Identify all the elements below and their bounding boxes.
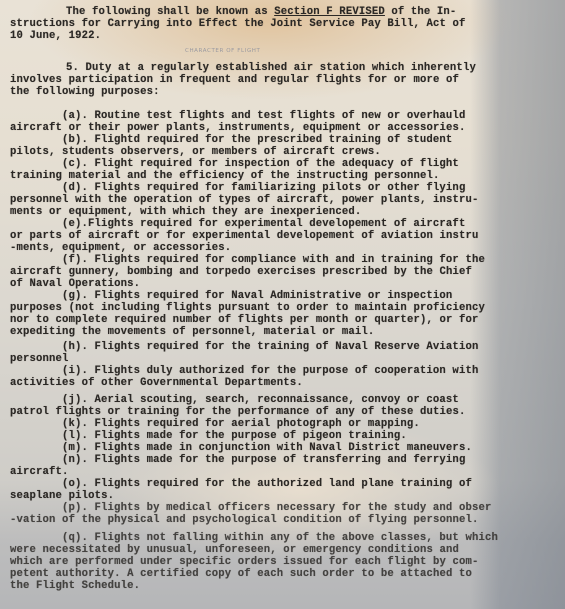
preamble-line-2: structions for Carrying into Effect the … <box>10 19 466 30</box>
purpose-heading-line: (j). Aerial scouting, search, reconnaiss… <box>62 395 459 406</box>
purpose-heading-line: (q). Flights not falling within any of t… <box>62 533 498 544</box>
purpose-heading-line: (k). Flights required for aerial photogr… <box>62 419 420 430</box>
paragraph-5-line-3: the following purposes: <box>10 87 160 98</box>
purpose-continuation-line: patrol flights or training for the perfo… <box>10 407 466 418</box>
purpose-continuation-line: ments or equipment, with which they are … <box>10 207 361 218</box>
purpose-heading-line: (p). Flights by medical officers necessa… <box>62 503 491 514</box>
purpose-continuation-line: the Flight Schedule. <box>10 581 140 592</box>
purpose-continuation-line: aircraft gunnery, bombing and torpedo ex… <box>10 267 472 278</box>
purpose-continuation-line: personnel with the operation of types of… <box>10 195 479 206</box>
faint-stamp-text: CHARACTER OF FLIGHT <box>185 48 261 54</box>
preamble-prefix: The following shall be known as <box>66 6 274 18</box>
purpose-continuation-line: purposes (not including flights pursuant… <box>10 303 485 314</box>
purpose-heading-line: (e).Flights required for experimental de… <box>62 219 465 230</box>
purpose-heading-line: (l). Flights made for the purpose of pig… <box>62 431 407 442</box>
purpose-heading-line: (o). Flights required for the authorized… <box>62 479 472 490</box>
purpose-continuation-line: personnel <box>10 354 69 365</box>
purpose-continuation-line: expediting the movements of personnel, m… <box>10 327 374 338</box>
purpose-continuation-line: activities of other Governmental Departm… <box>10 378 303 389</box>
purpose-heading-line: (f). Flights required for compliance wit… <box>62 255 485 266</box>
purpose-continuation-line: seaplane pilots. <box>10 491 114 502</box>
preamble-line-3: 10 June, 1922. <box>10 31 101 42</box>
purpose-continuation-line: pilots, students observers, or members o… <box>10 147 381 158</box>
purpose-heading-line: (i). Flights duly authorized for the pur… <box>62 366 478 377</box>
purpose-continuation-line: or parts of aircraft or for experimental… <box>10 231 479 242</box>
purpose-continuation-line: were necessitated by unusual, unforeseen… <box>10 545 459 556</box>
purpose-heading-line: (b). Flightd required for the prescribed… <box>62 135 452 146</box>
paragraph-5-line-2: involves participation in frequent and r… <box>10 75 459 86</box>
purpose-continuation-line: aircraft or their power plants, instrume… <box>10 123 466 134</box>
purpose-continuation-line: aircraft. <box>10 467 69 478</box>
typewritten-document: The following shall be known as Section … <box>0 0 565 609</box>
purpose-heading-line: (d). Flights required for familiarizing … <box>62 183 465 194</box>
purpose-heading-line: (c). Flight required for inspection of t… <box>62 159 459 170</box>
section-title: Section F REVISED <box>274 6 385 18</box>
purpose-continuation-line: -ments, equipment, or accessories. <box>10 243 231 254</box>
preamble-line-1: The following shall be known as Section … <box>66 7 456 18</box>
purpose-continuation-line: training material and the efficiency of … <box>10 171 439 182</box>
purpose-continuation-line: nor to complete required number of fligh… <box>10 315 479 326</box>
preamble-suffix: of the In- <box>385 6 457 18</box>
purpose-heading-line: (g). Flights required for Naval Administ… <box>62 291 452 302</box>
paragraph-5-line-1: 5. Duty at a regularly established air s… <box>66 63 476 74</box>
purpose-heading-line: (m). Flights made in conjunction with Na… <box>62 443 472 454</box>
purpose-heading-line: (n). Flights made for the purpose of tra… <box>62 455 465 466</box>
purpose-heading-line: (a). Routine test flights and test fligh… <box>62 111 465 122</box>
purpose-continuation-line: of Naval Operations. <box>10 279 140 290</box>
purpose-continuation-line: which are performed under specific order… <box>10 557 479 568</box>
purpose-continuation-line: -vation of the physical and psychologica… <box>10 515 479 526</box>
purpose-continuation-line: petent authority. A certified copy of ea… <box>10 569 472 580</box>
purpose-heading-line: (h). Flights required for the training o… <box>62 342 478 353</box>
